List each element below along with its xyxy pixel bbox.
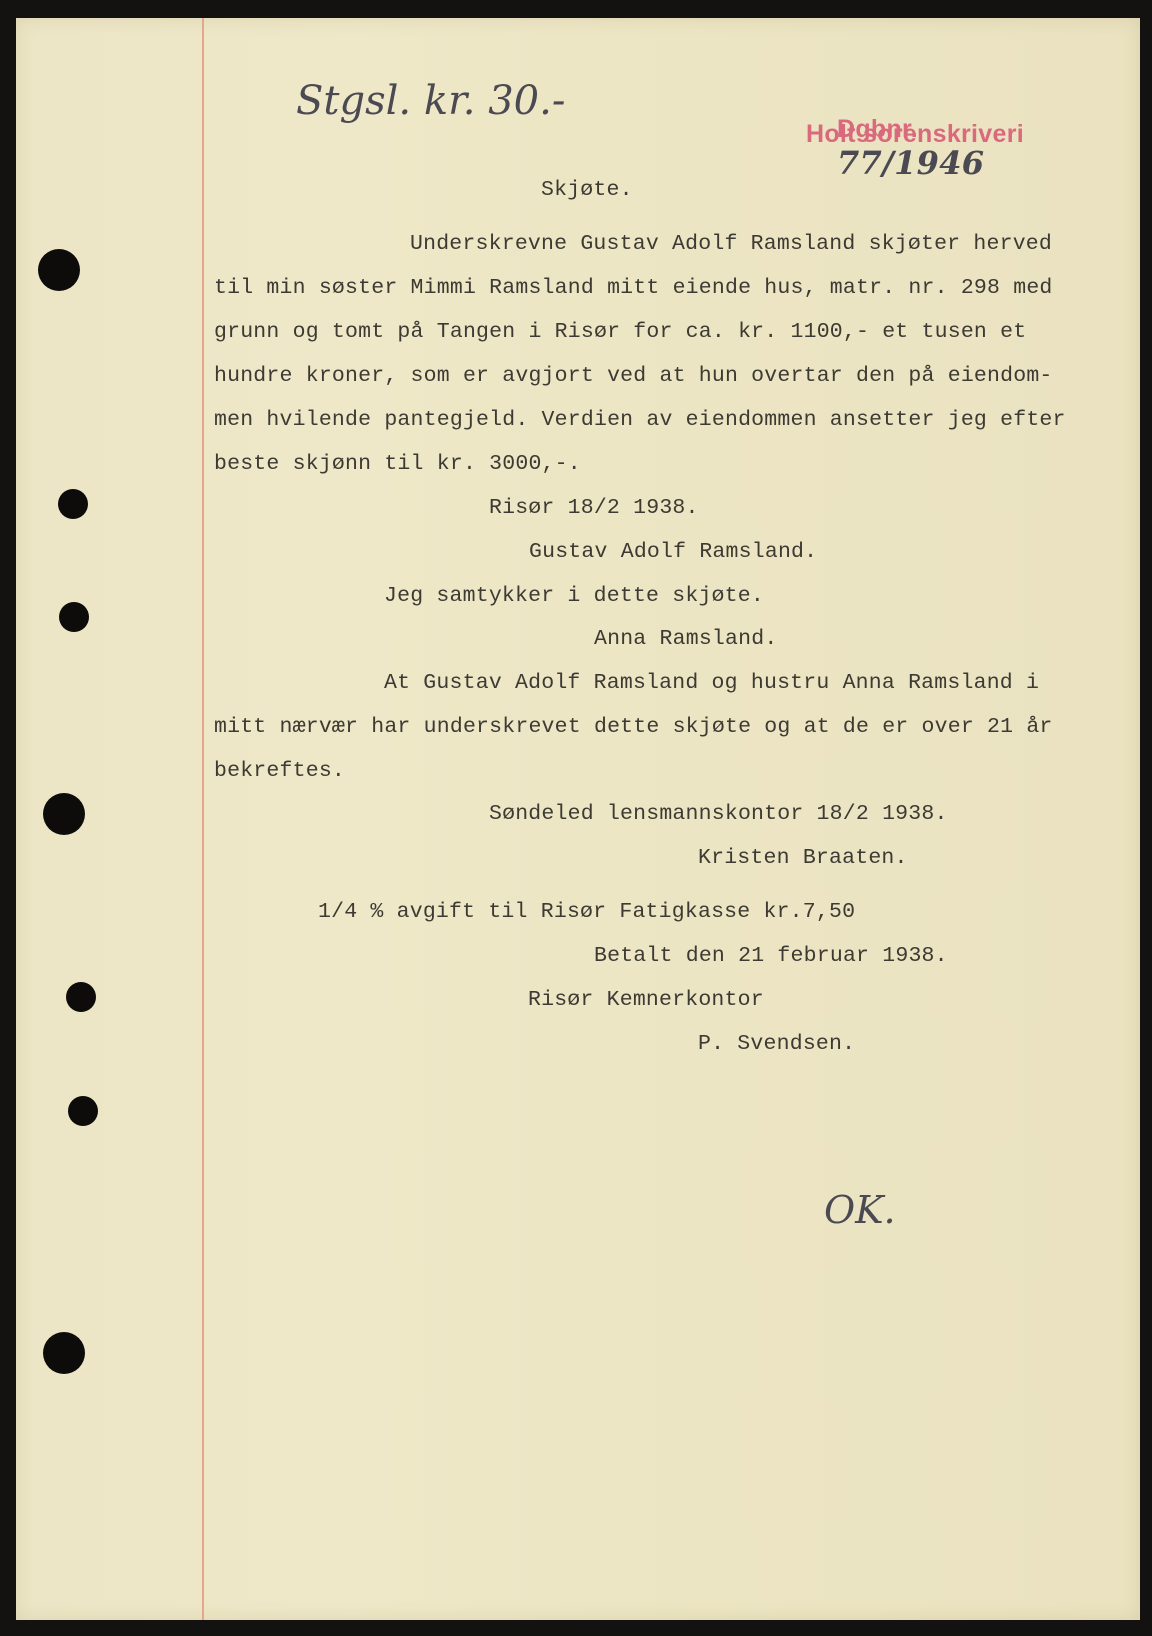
body-line: grunn og tomt på Tangen i Risør for ca. … (214, 320, 1026, 344)
signature-anna: Anna Ramsland. (594, 627, 777, 651)
punch-hole-icon (59, 602, 89, 632)
consent-statement: Jeg samtykker i dette skjøte. (384, 584, 764, 608)
signature-braaten: Kristen Braaten. (698, 846, 908, 870)
body-line: til min søster Mimmi Ramsland mitt eiend… (214, 276, 1053, 300)
attestation-line: bekreftes. (214, 759, 345, 783)
body-line: hundre kroner, som er avgjort ved at hun… (214, 364, 1053, 388)
office-kemner: Risør Kemnerkontor (528, 988, 764, 1012)
punch-hole-icon (58, 489, 88, 519)
body-line: men hvilende pantegjeld. Verdien av eien… (214, 408, 1066, 432)
document-title: Skjøte. (541, 178, 633, 202)
stamp-office: Holt sorenskriveri (806, 120, 1024, 149)
punch-hole-icon (68, 1096, 98, 1126)
red-margin-line (202, 18, 204, 1620)
office-date: Søndeled lensmannskontor 18/2 1938. (489, 802, 948, 826)
punch-hole-icon (66, 982, 96, 1012)
signature-svendsen: P. Svendsen. (698, 1032, 855, 1056)
paid-line: Betalt den 21 februar 1938. (594, 944, 948, 968)
body-line: beste skjønn til kr. 3000,-. (214, 452, 581, 476)
punch-hole-icon (43, 793, 85, 835)
handwritten-fee-note: Stgsl. kr. 30.- (296, 78, 565, 124)
fee-line: 1/4 % avgift til Risør Fatigkasse kr.7,5… (318, 900, 855, 924)
attestation-line: At Gustav Adolf Ramsland og hustru Anna … (384, 671, 1039, 695)
stamp-handwritten-number: 77/1946 (837, 144, 984, 182)
punch-hole-icon (43, 1332, 85, 1374)
punch-hole-icon (38, 249, 80, 291)
body-line: Underskrevne Gustav Adolf Ramsland skjøt… (410, 232, 1052, 256)
place-date: Risør 18/2 1938. (489, 496, 699, 520)
handwritten-ok-mark: OK. (824, 1188, 896, 1232)
signature-gustav: Gustav Adolf Ramsland. (529, 540, 817, 564)
attestation-line: mitt nærvær har underskrevet dette skjøt… (214, 715, 1053, 739)
document-page: Stgsl. kr. 30.- Dgbnr. 77/1946 Holt sore… (16, 18, 1140, 1620)
